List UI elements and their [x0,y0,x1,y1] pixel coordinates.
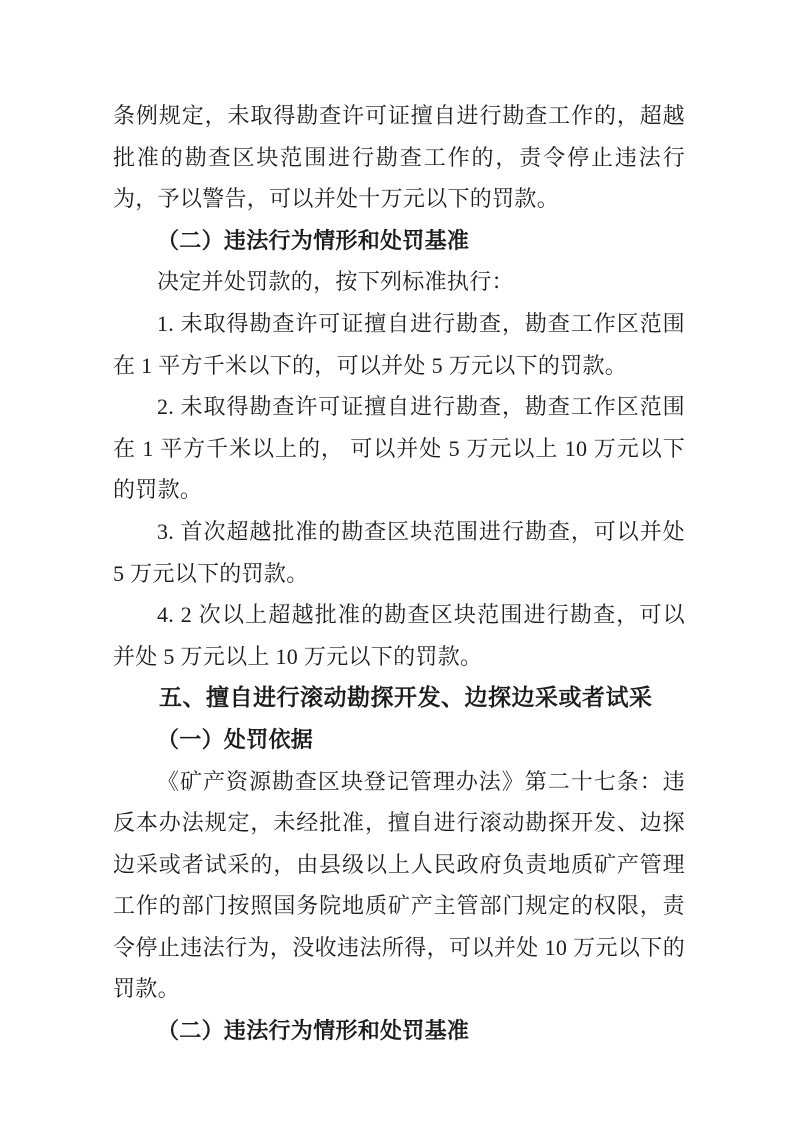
list-item-1: 1. 未取得勘查许可证擅自进行勘查，勘查工作区范围在 1 平方千米以下的，可以并… [113,303,685,386]
heading-penalty-criteria: （二）违法行为情形和处罚基准 [113,220,685,262]
heading-penalty-criteria-2: （二）违法行为情形和处罚基准 [113,1010,685,1052]
paragraph-standards-leadin: 决定并处罚款的，按下列标准执行： [113,261,685,303]
heading-penalty-basis: （一）处罚依据 [113,719,685,761]
heading-chapter-five: 五、擅自进行滚动勘探开发、边探边采或者试采 [113,677,685,719]
list-item-2: 2. 未取得勘查许可证擅自进行勘查，勘查工作区范围在 1 平方千米以上的， 可以… [113,386,685,511]
paragraph-legal-basis: 《矿产资源勘查区块登记管理办法》第二十七条：违反本办法规定，未经批准，擅自进行滚… [113,761,685,1011]
list-item-4: 4. 2 次以上超越批准的勘查区块范围进行勘查，可以并处 5 万元以上 10 万… [113,594,685,677]
list-item-3: 3. 首次超越批准的勘查区块范围进行勘查，可以并处 5 万元以下的罚款。 [113,511,685,594]
paragraph-continuation: 条例规定，未取得勘查许可证擅自进行勘查工作的，超越批准的勘查区块范围进行勘查工作… [113,95,685,220]
document-page: 条例规定，未取得勘查许可证擅自进行勘查工作的，超越批准的勘查区块范围进行勘查工作… [0,0,793,1122]
